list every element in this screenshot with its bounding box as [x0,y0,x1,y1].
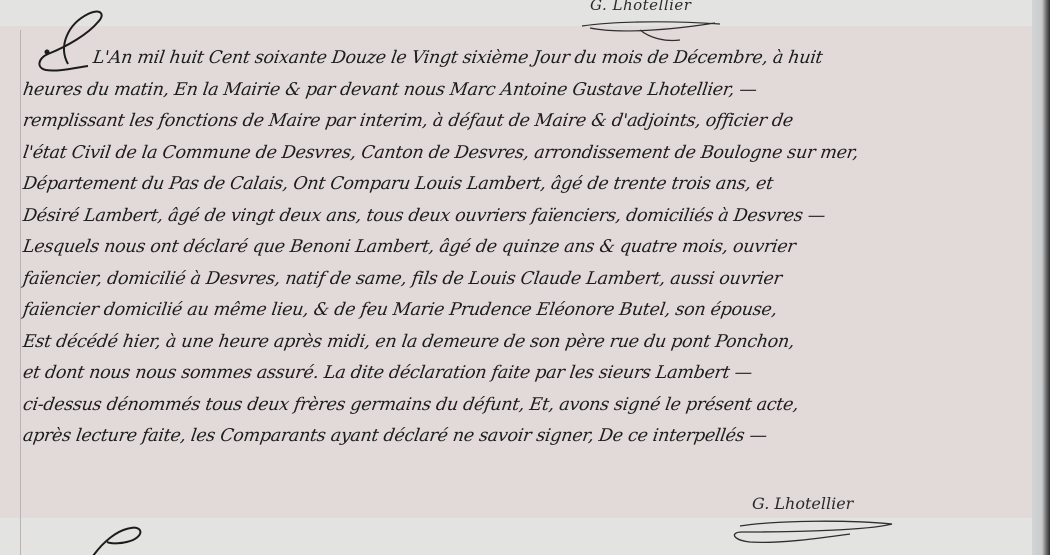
record-line: faïencier domicilié au même lieu, & de f… [20,300,1034,332]
record-line: Département du Pas de Calais, Ont Compar… [20,174,1034,206]
page-binding-edge [1032,0,1050,555]
record-line: Est décédé hier, à une heure après midi,… [20,332,1034,364]
signature-flourish-icon [720,516,900,546]
record-body: L'An mil huit Cent soixante Douze le Vin… [20,48,1030,458]
record-line: et dont nous nous sommes assuré. La dite… [20,363,1034,395]
record-line: L'An mil huit Cent soixante Douze le Vin… [20,48,1034,80]
record-line: Désiré Lambert, âgé de vingt deux ans, t… [20,206,1034,238]
record-line: faïencier, domicilié à Desvres, natif de… [20,269,1034,301]
record-line: ci-dessus dénommés tous deux frères germ… [20,395,1034,427]
record-line: heures du matin, En la Mairie & par deva… [20,80,1034,112]
bottom-signature: G. Lhotellier [752,494,853,513]
top-signature: G. Lhotellier [590,0,691,14]
record-line: remplissant les fonctions de Maire par i… [20,111,1034,143]
record-line: après lecture faite, les Comparants ayan… [20,426,1034,458]
record-line: l'état Civil de la Commune de Desvres, C… [20,143,1034,175]
signature-flourish-icon [580,20,730,46]
next-record-initial-icon [85,522,155,555]
record-line: Lesquels nous ont déclaré que Benoni Lam… [20,237,1034,269]
